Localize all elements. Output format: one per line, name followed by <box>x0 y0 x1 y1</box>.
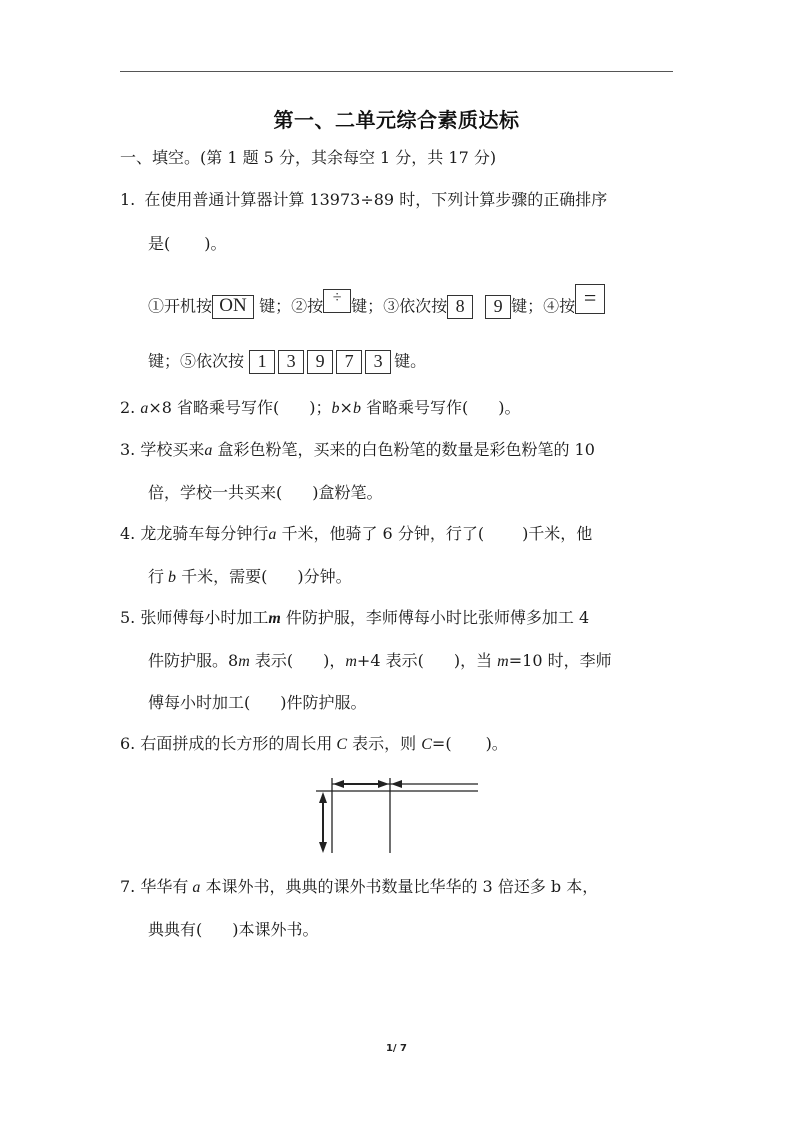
variable: m <box>238 653 250 670</box>
step-text: 键；③依次按 <box>351 297 447 316</box>
question-1-line-1: 1. 在使用普通计算器计算 13973÷89 时，下列计算步骤的正确排序 <box>120 190 607 210</box>
question-4-line-2: 行b 千米，需要()分钟。 <box>148 567 352 588</box>
question-text: 学校买来 <box>140 440 204 459</box>
question-text: )件防护服。 <box>280 693 366 712</box>
question-text: )分钟。 <box>297 567 351 586</box>
question-text: 千米，需要( <box>176 567 267 586</box>
question-text: )。 <box>498 398 520 417</box>
question-text: 华华有 <box>140 877 188 896</box>
question-7-line-1: 7. 华华有a 本课外书，典典的课外书数量比华华的 3 倍还多 b 本， <box>120 877 598 898</box>
question-text: 右面拼成的长方形的周长用 <box>140 734 332 753</box>
question-text: )本课外书。 <box>232 920 318 939</box>
question-1-line-2: 是()。 <box>148 234 227 254</box>
page-number: 1/ 7 <box>0 1043 793 1054</box>
question-text: 表示，则 <box>347 734 421 753</box>
question-text: =( <box>432 734 452 753</box>
question-text: 行 <box>148 567 164 586</box>
question-text: 省略乘号写作( <box>361 398 468 417</box>
operator: × <box>340 398 353 417</box>
question-text: 张师傅每小时加工 <box>140 608 268 627</box>
calculator-key-3: 3 <box>278 350 304 374</box>
variable: m <box>345 653 357 670</box>
question-text: 千米，他骑了 6 分钟，行了( <box>276 524 484 543</box>
question-text: 龙龙骑车每分钟行 <box>140 524 268 543</box>
step-text: 键；④按 <box>511 297 575 316</box>
step-text: 键；⑤依次按 <box>148 352 249 371</box>
question-text: 表示( <box>250 651 293 670</box>
calculator-key-equals: = <box>575 284 605 314</box>
variable: m <box>268 610 280 627</box>
variable: C <box>421 736 432 753</box>
step-text: ①开机按 <box>148 297 212 316</box>
rectangle-diagram-icon <box>312 775 487 860</box>
header-rule <box>120 71 673 72</box>
calculator-key-9: 9 <box>307 350 333 374</box>
question-3-line-1: 3. 学校买来a 盒彩色粉笔，买来的白色粉笔的数量是彩色粉笔的 10 <box>120 440 595 461</box>
calculator-key-divide: ÷ <box>323 289 351 313</box>
section-heading: 一、填空。(第 1 题 5 分，其余每空 1 分，共 17 分) <box>120 148 496 168</box>
question-text: 本课外书，典典的课外书数量比华华的 3 倍还多 b 本， <box>200 877 598 896</box>
calculator-key-1: 1 <box>249 350 275 374</box>
question-text: )； <box>309 398 331 417</box>
question-5-line-1: 5. 张师傅每小时加工m 件防护服，李师傅每小时比张师傅多加工 4 <box>120 608 589 629</box>
question-text: 盒彩色粉笔，买来的白色粉笔的数量是彩色粉笔的 10 <box>212 440 595 459</box>
question-text: )，当 <box>454 651 497 670</box>
question-text: 典典有( <box>148 920 202 939</box>
question-5-line-2: 件防护服。8m 表示()，m+4 表示()，当 m=10 时，李师 <box>148 651 612 672</box>
question-text: =10 时，李师 <box>509 651 612 670</box>
question-number: 3. <box>120 440 135 459</box>
variable: C <box>336 736 347 753</box>
step-text: 键。 <box>394 352 426 371</box>
question-text: 在使用普通计算器计算 13973÷89 时，下列计算步骤的正确排序 <box>144 190 607 209</box>
question-text: )盒粉笔。 <box>312 483 382 502</box>
calculator-key-8: 8 <box>447 295 473 319</box>
page-title: 第一、二单元综合素质达标 <box>0 104 793 133</box>
question-text: ×8 省略乘号写作( <box>148 398 279 417</box>
question-6: 6. 右面拼成的长方形的周长用C 表示，则 C=()。 <box>120 734 508 755</box>
calculator-key-7: 7 <box>336 350 362 374</box>
question-number: 1. <box>120 190 135 209</box>
question-text: 是( <box>148 234 170 253</box>
question-1-steps-line-2: 键；⑤依次按 13973键。 <box>148 350 426 374</box>
question-number: 7. <box>120 877 135 896</box>
calculator-key-on: ON <box>212 295 254 319</box>
question-number: 5. <box>120 608 135 627</box>
variable: b <box>168 569 176 586</box>
variable: b <box>332 400 340 417</box>
question-text: 件防护服。8 <box>148 651 238 670</box>
calculator-key-9: 9 <box>485 295 511 319</box>
rectangle-figure <box>312 775 487 864</box>
question-text: 倍，学校一共买来( <box>148 483 282 502</box>
question-1-steps-line-1: ①开机按ON 键；②按÷键；③依次按89键；④按= <box>148 292 605 322</box>
question-3-line-2: 倍，学校一共买来()盒粉笔。 <box>148 483 383 503</box>
question-2: 2. a×8 省略乘号写作()；b×b 省略乘号写作()。 <box>120 398 521 419</box>
question-text: )。 <box>204 234 226 253</box>
question-text: )， <box>323 651 345 670</box>
question-number: 6. <box>120 734 135 753</box>
calculator-key-3: 3 <box>365 350 391 374</box>
question-5-line-3: 傅每小时加工()件防护服。 <box>148 693 367 713</box>
step-text: 键；②按 <box>254 297 323 316</box>
variable: m <box>497 653 509 670</box>
variable: b <box>353 400 361 417</box>
question-number: 2. <box>120 398 135 417</box>
question-text: +4 表示( <box>357 651 424 670</box>
question-text: 傅每小时加工( <box>148 693 250 712</box>
question-text: )。 <box>486 734 508 753</box>
question-text: )千米，他 <box>522 524 592 543</box>
question-text: 件防护服，李师傅每小时比张师傅多加工 4 <box>281 608 589 627</box>
question-4-line-1: 4. 龙龙骑车每分钟行a 千米，他骑了 6 分钟，行了()千米，他 <box>120 524 592 545</box>
question-7-line-2: 典典有()本课外书。 <box>148 920 319 940</box>
question-number: 4. <box>120 524 135 543</box>
